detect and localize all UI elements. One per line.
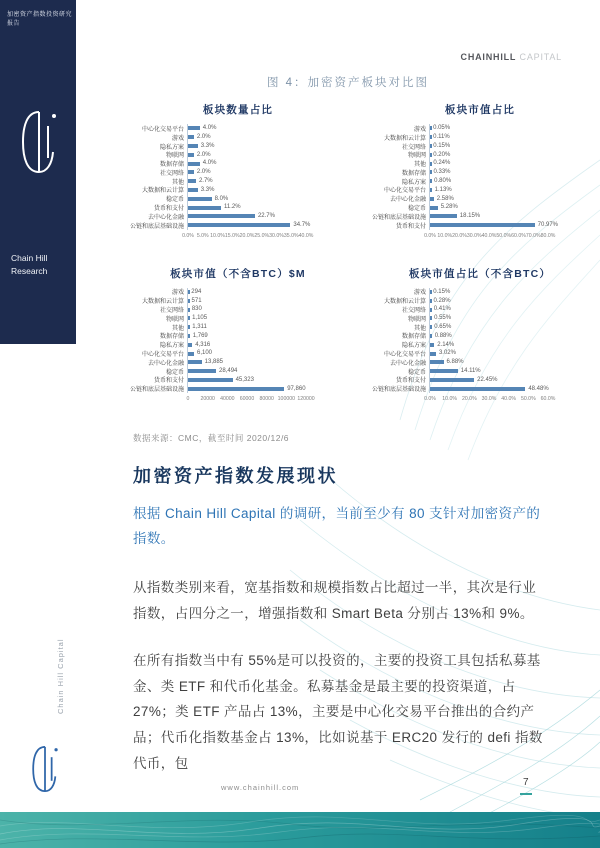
chart-row: 数据存储1,769: [120, 332, 356, 341]
bar: [430, 290, 432, 294]
category-label: 游戏: [120, 287, 187, 296]
category-label: 游戏: [362, 287, 429, 296]
value-label: 0.11%: [433, 134, 450, 140]
bar-track: 34.7%: [187, 221, 306, 230]
value-label: 4.0%: [203, 125, 217, 131]
value-label: 0.05%: [433, 125, 450, 131]
section-heading: 加密资产指数发展现状: [133, 462, 338, 488]
bar: [188, 369, 216, 373]
axis-tick: 80.0%: [541, 233, 556, 239]
value-label: 2.0%: [197, 169, 211, 175]
bar: [188, 290, 190, 294]
axis-tick: 40.0%: [501, 396, 516, 402]
chart-x-axis: 0.0%10.0%20.0%30.0%40.0%50.0%60.0%70.0%8…: [430, 233, 548, 242]
value-label: 0.80%: [434, 178, 451, 184]
bar-track: 1,105: [187, 314, 306, 323]
bar-track: 45,323: [187, 376, 306, 385]
category-label: 隐私方案: [120, 142, 187, 151]
value-label: 2.58%: [437, 196, 454, 202]
bar-track: 4.0%: [187, 159, 306, 168]
bar: [430, 308, 432, 312]
bar-track: 14.11%: [429, 367, 548, 376]
chart-x-axis: 0.0%5.0%10.0%15.0%20.0%25.0%30.0%35.0%40…: [188, 233, 306, 242]
category-label: 社交网络: [120, 168, 187, 177]
chart-row: 隐私方案4,316: [120, 340, 356, 349]
chart-row: 游戏2.0%: [120, 133, 356, 142]
chart-row: 大数据和云计算0.28%: [362, 296, 598, 305]
category-label: 物联网: [362, 150, 429, 159]
category-label: 公链和底层基础设施: [120, 221, 187, 230]
value-label: 2.0%: [197, 134, 211, 140]
value-label: 830: [192, 306, 202, 312]
figure-caption: 图 4：加密资产板块对比图: [118, 74, 578, 90]
value-label: 6,100: [197, 350, 212, 356]
bar: [188, 343, 192, 347]
chart-title: 板块市值（不含BTC）$M: [120, 266, 356, 281]
vertical-brand-text: Chain Hill Capital: [56, 638, 65, 714]
bar-track: 5.28%: [429, 203, 548, 212]
value-label: 34.7%: [293, 222, 310, 228]
category-label: 其他: [120, 177, 187, 186]
chart-title: 板块数量占比: [120, 102, 356, 117]
axis-tick: 20.0%: [462, 396, 477, 402]
value-label: 0.55%: [434, 315, 451, 321]
bar: [188, 197, 212, 201]
chart-row: 游戏0.15%: [362, 288, 598, 297]
bar-track: 3.3%: [187, 186, 306, 195]
category-label: 隐私方案: [362, 177, 429, 186]
axis-tick: 40000: [220, 396, 234, 402]
bar-track: 0.15%: [429, 142, 548, 151]
category-label: 公链和底层基础设施: [362, 384, 429, 393]
sidebar-brand-line1: Chain Hill: [11, 252, 47, 265]
value-label: 3.02%: [439, 350, 456, 356]
bar: [188, 162, 200, 166]
bar: [188, 135, 194, 139]
value-label: 1,311: [192, 324, 207, 330]
category-label: 物联网: [120, 314, 187, 323]
bar-track: 1.13%: [429, 186, 548, 195]
bar-track: 0.24%: [429, 159, 548, 168]
bar-track: 0.11%: [429, 133, 548, 142]
chart-row: 隐私方案2.14%: [362, 340, 598, 349]
axis-tick: 30.0%: [467, 233, 482, 239]
chart-row: 其他0.24%: [362, 159, 598, 168]
sidebar-brand: Chain Hill Research: [11, 252, 47, 278]
bar-track: 571: [187, 296, 306, 305]
bar-track: 0.55%: [429, 314, 548, 323]
chart-row: 数据存储0.33%: [362, 168, 598, 177]
value-label: 13,885: [205, 359, 223, 365]
bar: [430, 223, 535, 227]
value-label: 70.97%: [538, 222, 558, 228]
data-source-note: 数据来源：CMC，截至时间 2020/12/6: [133, 432, 289, 444]
bar: [188, 352, 194, 356]
chart-row: 物联网0.20%: [362, 150, 598, 159]
chart-row: 货币和支付22.45%: [362, 376, 598, 385]
category-label: 游戏: [362, 124, 429, 133]
bar: [430, 162, 432, 166]
axis-tick: 40.0%: [299, 233, 314, 239]
axis-tick: 10.0%: [437, 233, 452, 239]
category-label: 去中心化金融: [362, 194, 429, 203]
axis-tick: 30.0%: [482, 396, 497, 402]
bar-track: 70.97%: [429, 221, 548, 230]
bar-track: 2.0%: [187, 168, 306, 177]
value-label: 4,316: [195, 342, 210, 348]
bar-track: 4.0%: [187, 124, 306, 133]
value-label: 571: [192, 298, 202, 304]
category-label: 中心化交易平台: [120, 349, 187, 358]
bar-track: 11.2%: [187, 203, 306, 212]
page-number-rule: [520, 793, 532, 795]
bar: [188, 126, 200, 130]
chart-row: 社交网络0.41%: [362, 305, 598, 314]
bar-track: 22.45%: [429, 376, 548, 385]
value-label: 1,769: [193, 333, 208, 339]
chainhill-logo-icon: [17, 100, 61, 184]
axis-tick: 80000: [259, 396, 273, 402]
chart-row: 中心化交易平台4.0%: [120, 124, 356, 133]
category-label: 数据存储: [362, 168, 429, 177]
bar-track: 6.88%: [429, 358, 548, 367]
bar-track: 1,769: [187, 332, 306, 341]
bar-track: 0.80%: [429, 177, 548, 186]
bar: [188, 179, 196, 183]
body-paragraph-1: 从指数类别来看，宽基指数和规模指数占比超过一半，其次是行业指数，占四分之一，增强…: [133, 575, 549, 626]
category-label: 隐私方案: [120, 340, 187, 349]
value-label: 28,494: [219, 368, 237, 374]
bar: [188, 223, 290, 227]
category-label: 公链和底层基础设施: [362, 212, 429, 221]
bar-track: 294: [187, 288, 306, 297]
chart-row: 货币和支付45,323: [120, 376, 356, 385]
bar-track: 2.58%: [429, 194, 548, 203]
chart-row: 游戏0.05%: [362, 124, 598, 133]
chart-sector-marketcap-share-exbtc: 板块市值占比（不含BTC） 游戏0.15%大数据和云计算0.28%社交网络0.4…: [362, 266, 598, 406]
axis-tick: 60.0%: [541, 396, 556, 402]
bar: [188, 325, 190, 329]
bar: [430, 126, 432, 130]
chart-row: 稳定币14.11%: [362, 367, 598, 376]
chart-title: 板块市值占比（不含BTC）: [362, 266, 598, 281]
bar: [430, 325, 432, 329]
axis-tick: 40.0%: [482, 233, 497, 239]
bar: [430, 378, 474, 382]
category-label: 游戏: [120, 133, 187, 142]
value-label: 1,105: [192, 315, 207, 321]
category-label: 物联网: [120, 150, 187, 159]
value-label: 3.3%: [201, 187, 215, 193]
chart-row: 公链和底层基础设施97,860: [120, 384, 356, 393]
page-number: 7: [523, 777, 529, 788]
sidebar-brand-line2: Research: [11, 265, 47, 278]
axis-tick: 30.0%: [269, 233, 284, 239]
axis-tick: 0.0%: [424, 396, 436, 402]
chart-row: 游戏294: [120, 288, 356, 297]
value-label: 6.88%: [447, 359, 464, 365]
bar-track: 8.0%: [187, 194, 306, 203]
body-paragraph-2: 在所有指数当中有 55%是可以投资的，主要的投资工具包括私募基金、类 ETF 和…: [133, 648, 549, 776]
bar-track: 0.28%: [429, 296, 548, 305]
value-label: 0.41%: [434, 306, 451, 312]
lead-paragraph: 根据 Chain Hill Capital 的调研，当前至少有 80 支针对加密…: [133, 502, 547, 552]
bottom-decorative-band: [0, 812, 600, 848]
bar-track: 2.7%: [187, 177, 306, 186]
category-label: 社交网络: [362, 305, 429, 314]
axis-tick: 20000: [200, 396, 214, 402]
chart-row: 社交网络0.15%: [362, 142, 598, 151]
bar: [430, 144, 432, 148]
bar: [430, 135, 432, 139]
value-label: 0.28%: [434, 298, 451, 304]
value-label: 97,860: [287, 386, 305, 392]
value-label: 18.15%: [460, 213, 480, 219]
category-label: 中心化交易平台: [120, 124, 187, 133]
chart-row: 社交网络830: [120, 305, 356, 314]
value-label: 0.88%: [435, 333, 452, 339]
category-label: 稳定币: [120, 194, 187, 203]
chart-x-axis: 020000400006000080000100000120000: [188, 396, 306, 405]
bar: [188, 316, 190, 320]
chart-row: 社交网络2.0%: [120, 168, 356, 177]
value-label: 0.24%: [433, 160, 450, 166]
bar-track: 28,494: [187, 367, 306, 376]
bar: [188, 308, 190, 312]
bar: [188, 144, 198, 148]
footer-website-link[interactable]: www.chainhill.com: [221, 783, 299, 792]
bar: [430, 188, 432, 192]
value-label: 0.15%: [433, 289, 450, 295]
value-label: 22.45%: [477, 377, 497, 383]
bar: [188, 206, 221, 210]
bar-track: 3.02%: [429, 349, 548, 358]
bar-track: 18.15%: [429, 212, 548, 221]
bar: [430, 352, 436, 356]
bar-track: 0.65%: [429, 323, 548, 332]
axis-tick: 50.0%: [496, 233, 511, 239]
chart-row: 其他0.65%: [362, 323, 598, 332]
category-label: 隐私方案: [362, 340, 429, 349]
chart-row: 去中心化金融22.7%: [120, 212, 356, 221]
value-label: 48.48%: [528, 386, 548, 392]
axis-tick: 0: [187, 396, 190, 402]
chart-row: 物联网1,105: [120, 314, 356, 323]
category-label: 货币和支付: [362, 221, 429, 230]
bar: [430, 369, 458, 373]
axis-tick: 10.0%: [442, 396, 457, 402]
chart-row: 数据存储0.88%: [362, 332, 598, 341]
chart-row: 物联网0.55%: [362, 314, 598, 323]
value-label: 14.11%: [461, 368, 481, 374]
category-label: 大数据和云计算: [120, 296, 187, 305]
chart-row: 公链和底层基础设施18.15%: [362, 212, 598, 221]
bar: [430, 214, 457, 218]
charts-grid: 板块数量占比 中心化交易平台4.0%游戏2.0%隐私方案3.3%物联网2.0%数…: [120, 102, 598, 405]
bar: [188, 188, 198, 192]
value-label: 2.7%: [199, 178, 213, 184]
header-wordmark: CHAINHILL CAPITAL: [461, 52, 562, 62]
value-label: 294: [191, 289, 201, 295]
value-label: 0.33%: [433, 169, 450, 175]
category-label: 社交网络: [120, 305, 187, 314]
chart-plot-area: 中心化交易平台4.0%游戏2.0%隐私方案3.3%物联网2.0%数据存储4.0%…: [120, 124, 356, 230]
bar-track: 0.05%: [429, 124, 548, 133]
category-label: 大数据和云计算: [120, 185, 187, 194]
chart-row: 隐私方案3.3%: [120, 142, 356, 151]
bar-track: 2.0%: [187, 133, 306, 142]
category-label: 社交网络: [362, 142, 429, 151]
value-label: 3.3%: [201, 143, 215, 149]
bar: [188, 170, 194, 174]
chart-row: 其他1,311: [120, 323, 356, 332]
value-label: 8.0%: [215, 196, 229, 202]
category-label: 数据存储: [120, 159, 187, 168]
category-label: 大数据和云计算: [362, 296, 429, 305]
bar-track: 3.3%: [187, 142, 306, 151]
chart-row: 大数据和云计算3.3%: [120, 186, 356, 195]
bar: [430, 334, 432, 338]
chart-sector-count-share: 板块数量占比 中心化交易平台4.0%游戏2.0%隐私方案3.3%物联网2.0%数…: [120, 102, 356, 242]
axis-tick: 60000: [240, 396, 254, 402]
value-label: 11.2%: [224, 204, 241, 210]
value-label: 0.20%: [433, 152, 450, 158]
value-label: 4.0%: [203, 160, 217, 166]
chainhill-logo-icon: [26, 738, 64, 800]
category-label: 去中心化金融: [120, 212, 187, 221]
bar: [430, 153, 432, 157]
bar-track: 830: [187, 305, 306, 314]
chart-row: 中心化交易平台6,100: [120, 349, 356, 358]
bar: [188, 334, 190, 338]
bar-track: 13,885: [187, 358, 306, 367]
chart-row: 隐私方案0.80%: [362, 177, 598, 186]
report-page: 加密资产指数投资研究报告 Chain Hill Research CHAINHI…: [0, 0, 600, 848]
chart-row: 其他2.7%: [120, 177, 356, 186]
chart-row: 去中心化金融6.88%: [362, 358, 598, 367]
chart-row: 公链和底层基础设施48.48%: [362, 384, 598, 393]
bar: [430, 206, 438, 210]
value-label: 22.7%: [258, 213, 275, 219]
chart-x-axis: 0.0%10.0%20.0%30.0%40.0%50.0%60.0%: [430, 396, 548, 405]
wordmark-primary: CHAINHILL: [461, 52, 517, 62]
value-label: 2.0%: [197, 152, 211, 158]
category-label: 稳定币: [120, 367, 187, 376]
value-label: 1.13%: [435, 187, 452, 193]
chart-row: 中心化交易平台3.02%: [362, 349, 598, 358]
chart-plot-area: 游戏294大数据和云计算571社交网络830物联网1,105其他1,311数据存…: [120, 288, 356, 394]
bar: [188, 378, 233, 382]
bar-track: 0.88%: [429, 332, 548, 341]
chart-row: 去中心化金融2.58%: [362, 194, 598, 203]
chart-row: 物联网2.0%: [120, 150, 356, 159]
category-label: 货币和支付: [120, 203, 187, 212]
axis-tick: 20.0%: [240, 233, 255, 239]
bar-track: 0.20%: [429, 150, 548, 159]
bar-track: 0.33%: [429, 168, 548, 177]
category-label: 稳定币: [362, 203, 429, 212]
axis-tick: 50.0%: [521, 396, 536, 402]
chart-row: 公链和底层基础设施34.7%: [120, 221, 356, 230]
chart-row: 稳定币8.0%: [120, 194, 356, 203]
chart-row: 稳定币28,494: [120, 367, 356, 376]
chart-row: 去中心化金融13,885: [120, 358, 356, 367]
category-label: 物联网: [362, 314, 429, 323]
chart-row: 大数据和云计算0.11%: [362, 133, 598, 142]
bar: [430, 299, 432, 303]
bar: [188, 214, 255, 218]
bar: [430, 343, 434, 347]
bar: [188, 360, 202, 364]
bar: [430, 170, 432, 174]
bar: [430, 179, 432, 183]
bar-track: 1,311: [187, 323, 306, 332]
axis-tick: 120000: [297, 396, 314, 402]
axis-tick: 100000: [278, 396, 295, 402]
category-label: 其他: [362, 159, 429, 168]
bar: [188, 153, 194, 157]
category-label: 去中心化金融: [362, 358, 429, 367]
value-label: 0.15%: [433, 143, 450, 149]
value-label: 2.14%: [437, 342, 454, 348]
chart-row: 货币和支付11.2%: [120, 203, 356, 212]
value-label: 0.65%: [434, 324, 451, 330]
bar: [188, 299, 190, 303]
bar-track: 48.48%: [429, 384, 548, 393]
bar: [430, 360, 444, 364]
axis-tick: 70.0%: [526, 233, 541, 239]
axis-tick: 10.0%: [210, 233, 225, 239]
bar-track: 0.15%: [429, 288, 548, 297]
axis-tick: 35.0%: [284, 233, 299, 239]
chart-sector-marketcap-share: 板块市值占比 游戏0.05%大数据和云计算0.11%社交网络0.15%物联网0.…: [362, 102, 598, 242]
axis-tick: 20.0%: [452, 233, 467, 239]
bar-track: 6,100: [187, 349, 306, 358]
bar-track: 0.41%: [429, 305, 548, 314]
bar: [430, 197, 434, 201]
chart-plot-area: 游戏0.15%大数据和云计算0.28%社交网络0.41%物联网0.55%其他0.…: [362, 288, 598, 394]
bar-track: 2.0%: [187, 150, 306, 159]
axis-tick: 15.0%: [225, 233, 240, 239]
value-label: 5.28%: [441, 204, 458, 210]
bar: [188, 387, 284, 391]
axis-tick: 5.0%: [197, 233, 209, 239]
category-label: 数据存储: [362, 331, 429, 340]
category-label: 货币和支付: [120, 375, 187, 384]
axis-tick: 25.0%: [254, 233, 269, 239]
category-label: 大数据和云计算: [362, 133, 429, 142]
wordmark-secondary: CAPITAL: [520, 52, 562, 62]
category-label: 数据存储: [120, 331, 187, 340]
chart-row: 货币和支付70.97%: [362, 221, 598, 230]
bar-track: 22.7%: [187, 212, 306, 221]
chart-row: 中心化交易平台1.13%: [362, 186, 598, 195]
category-label: 货币和支付: [362, 375, 429, 384]
sidebar: 加密资产指数投资研究报告 Chain Hill Research: [0, 0, 76, 344]
chart-sector-marketcap-exbtc: 板块市值（不含BTC）$M 游戏294大数据和云计算571社交网络830物联网1…: [120, 266, 356, 406]
bar-track: 97,860: [187, 384, 306, 393]
axis-tick: 0.0%: [182, 233, 194, 239]
category-label: 去中心化金融: [120, 358, 187, 367]
band-wave-pattern: [0, 812, 600, 848]
value-label: 45,323: [236, 377, 254, 383]
bar-track: 4,316: [187, 340, 306, 349]
sidebar-report-title: 加密资产指数投资研究报告: [0, 0, 76, 27]
category-label: 稳定币: [362, 367, 429, 376]
chart-row: 稳定币5.28%: [362, 203, 598, 212]
chart-row: 数据存储4.0%: [120, 159, 356, 168]
category-label: 公链和底层基础设施: [120, 384, 187, 393]
